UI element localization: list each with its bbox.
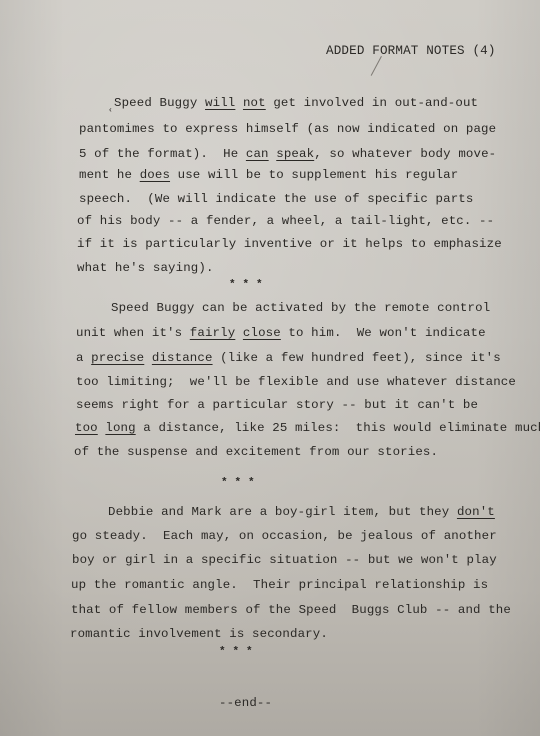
- text-run: pantomimes to express himself (as now in…: [79, 122, 496, 136]
- text-run: Debbie and Mark are a boy-girl item, but…: [108, 505, 457, 519]
- text-run: go steady. Each may, on occasion, be jea…: [72, 529, 497, 543]
- text-run: of the suspense and excitement from our …: [74, 445, 438, 459]
- document-page: ADDED FORMAT NOTES (4) ‹ Speed Buggy wil…: [0, 0, 540, 736]
- text-line: Debbie and Mark are a boy-girl item, but…: [108, 506, 495, 518]
- text-run: up the romantic angle. Their principal r…: [71, 578, 488, 592]
- text-line: seems right for a particular story -- bu…: [76, 399, 478, 411]
- text-line: too limiting; we'll be flexible and use …: [76, 376, 516, 388]
- text-line: ment he does use will be to supplement h…: [79, 169, 458, 181]
- text-run: boy or girl in a specific situation -- b…: [72, 553, 497, 567]
- text-run: [235, 96, 243, 110]
- text-line: that of fellow members of the Speed Bugg…: [71, 604, 511, 616]
- text-run: romantic involvement is secondary.: [70, 627, 328, 641]
- text-run: a: [76, 351, 91, 365]
- underlined-word: close: [243, 326, 281, 340]
- underlined-word: does: [140, 168, 170, 182]
- text-line: up the romantic angle. Their principal r…: [71, 579, 488, 591]
- text-line: 5 of the format). He can speak, so whate…: [79, 148, 496, 160]
- text-line: Speed Buggy will not get involved in out…: [114, 97, 478, 109]
- text-line: pantomimes to express himself (as now in…: [79, 123, 496, 135]
- text-line: speech. (We will indicate the use of spe…: [79, 193, 473, 205]
- text-run: Speed Buggy: [114, 96, 205, 110]
- underlined-word: distance: [152, 351, 213, 365]
- insertion-mark: ‹: [108, 106, 113, 115]
- underlined-word: fairly: [190, 326, 236, 340]
- text-run: (like a few hundred feet), since it's: [213, 351, 501, 365]
- end-marker: --end--: [219, 696, 272, 710]
- text-line: if it is particularly inventive or it he…: [77, 238, 502, 250]
- section-separator: * * *: [229, 279, 263, 291]
- text-run: use will be to supplement his regular: [170, 168, 458, 182]
- text-run: too limiting; we'll be flexible and use …: [76, 375, 516, 389]
- text-line: Speed Buggy can be activated by the remo…: [111, 302, 490, 314]
- text-run: ment he: [79, 168, 140, 182]
- underlined-word: long: [105, 421, 135, 435]
- text-line: go steady. Each may, on occasion, be jea…: [72, 530, 497, 542]
- page-header: ADDED FORMAT NOTES (4): [326, 44, 496, 58]
- text-run: unit when it's: [76, 326, 190, 340]
- underlined-word: speak: [276, 147, 314, 161]
- text-line: boy or girl in a specific situation -- b…: [72, 554, 497, 566]
- text-run: get involved in out-and-out: [266, 96, 478, 110]
- text-run: seems right for a particular story -- bu…: [76, 398, 478, 412]
- text-run: to him. We won't indicate: [281, 326, 486, 340]
- text-line: unit when it's fairly close to him. We w…: [76, 327, 486, 339]
- text-run: [235, 326, 243, 340]
- text-line: what he's saying).: [77, 262, 214, 274]
- underlined-word: don't: [457, 505, 495, 519]
- underlined-word: too: [75, 421, 98, 435]
- text-run: [144, 351, 152, 365]
- pen-mark: [371, 56, 382, 76]
- text-line: romantic involvement is secondary.: [70, 628, 328, 640]
- section-separator: * * *: [221, 477, 255, 489]
- text-run: that of fellow members of the Speed Bugg…: [71, 603, 511, 617]
- text-run: Speed Buggy can be activated by the remo…: [111, 301, 490, 315]
- underlined-word: can: [246, 147, 269, 161]
- text-run: of his body -- a fender, a wheel, a tail…: [77, 214, 494, 228]
- text-line: of his body -- a fender, a wheel, a tail…: [77, 215, 494, 227]
- text-run: speech. (We will indicate the use of spe…: [79, 192, 473, 206]
- text-run: if it is particularly inventive or it he…: [77, 237, 502, 251]
- text-run: what he's saying).: [77, 261, 214, 275]
- text-run: 5 of the format). He: [79, 147, 246, 161]
- text-line: of the suspense and excitement from our …: [74, 446, 438, 458]
- underlined-word: will: [205, 96, 235, 110]
- text-run: a distance, like 25 miles: this would el…: [136, 421, 540, 435]
- text-run: , so whatever body move-: [314, 147, 496, 161]
- underlined-word: precise: [91, 351, 144, 365]
- underlined-word: not: [243, 96, 266, 110]
- section-separator: * * *: [219, 646, 253, 658]
- text-line: too long a distance, like 25 miles: this…: [75, 422, 540, 434]
- text-line: a precise distance (like a few hundred f…: [76, 352, 501, 364]
